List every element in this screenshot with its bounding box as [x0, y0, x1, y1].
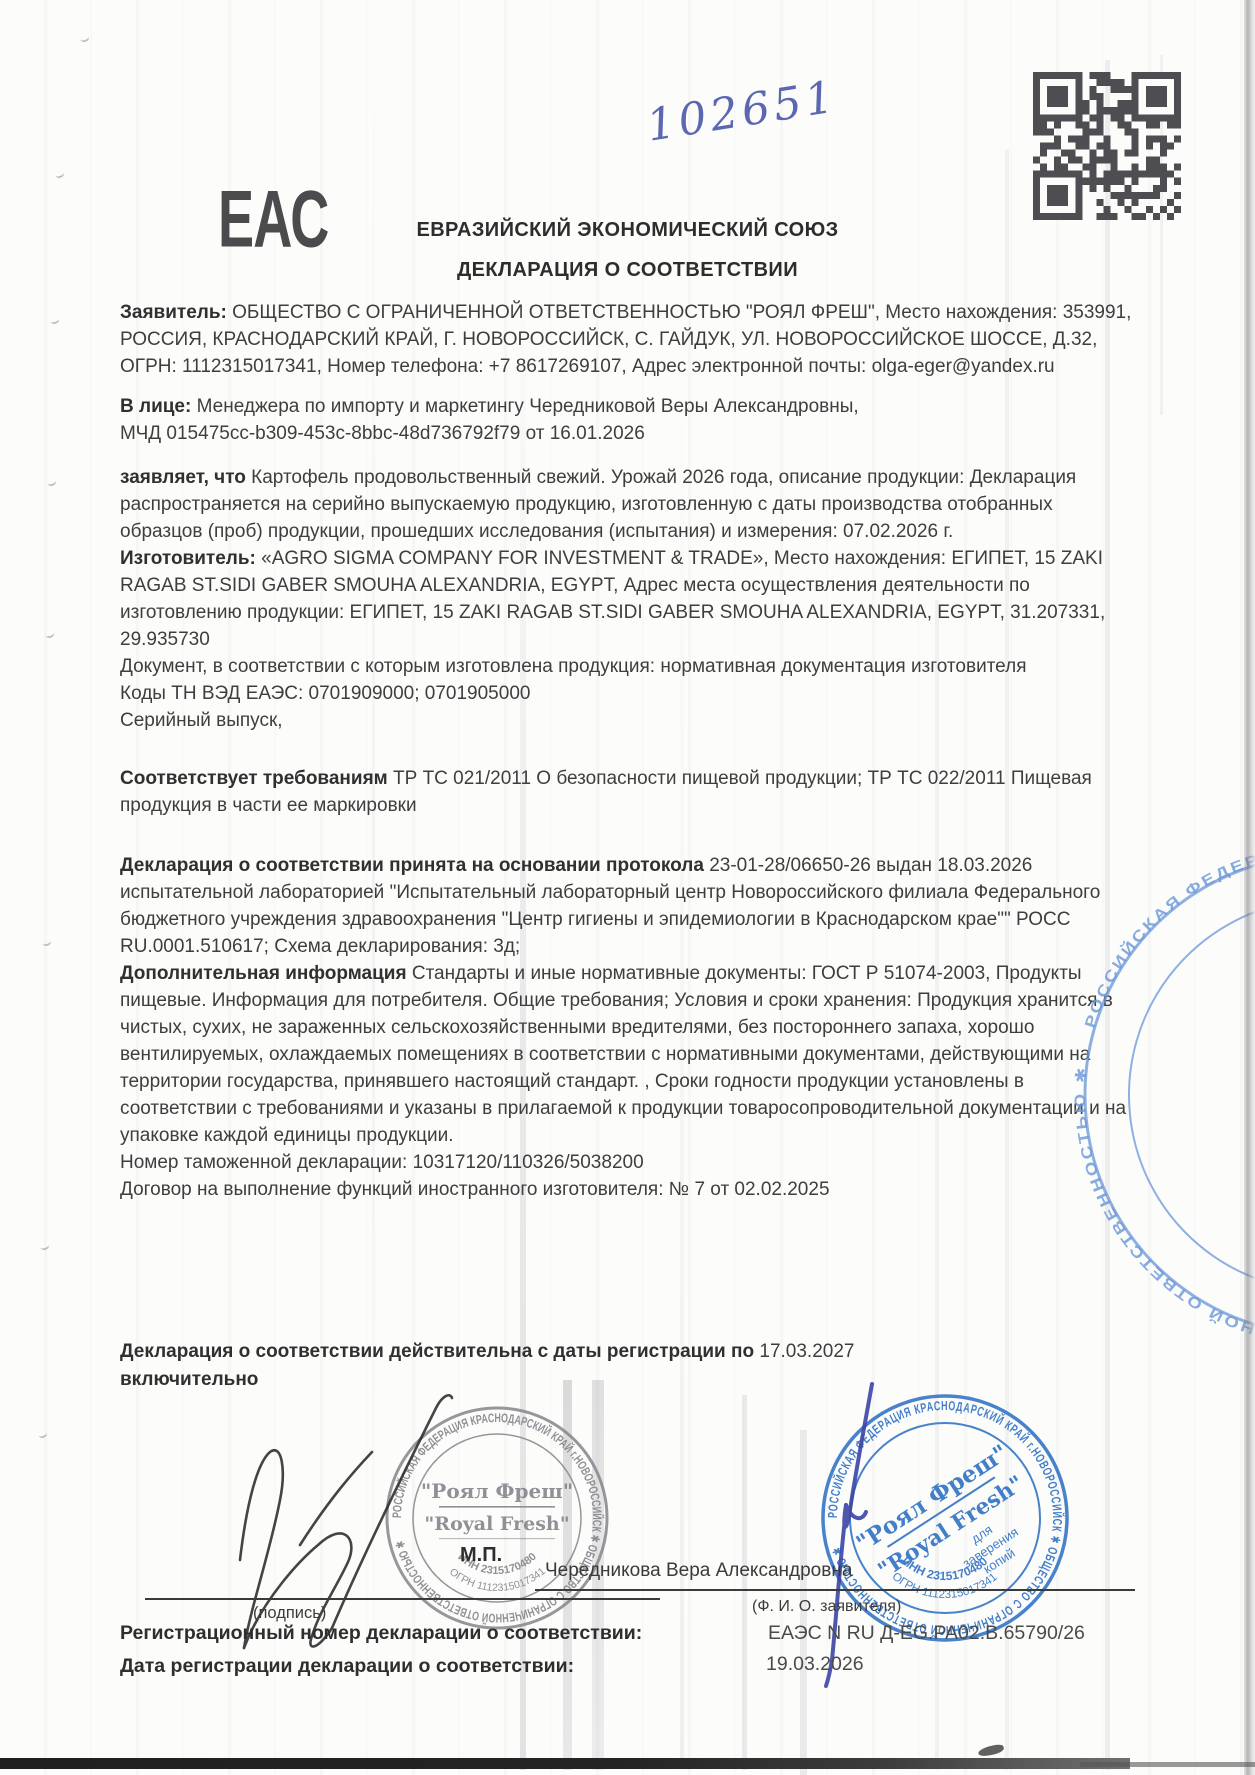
- scan-speck: [54, 169, 65, 179]
- scan-speck: [39, 1241, 50, 1251]
- scan-speck: [46, 477, 57, 487]
- stamp-partial-ring-text: РОССИЙСКАЯ ФЕДЕРАЦИЯ КРАСНОДАРСКИЙ КРАЙ …: [1035, 845, 1255, 1365]
- customs-line: Номер таможенной декларации: 10317120/11…: [120, 1149, 1138, 1176]
- basis-label: Декларация о соответствии принята на осн…: [120, 855, 704, 876]
- reg-number-label: Регистрационный номер декларации о соотв…: [120, 1622, 642, 1645]
- codes-line: Коды ТН ВЭД ЕАЭС: 0701909000; 0701905000: [120, 680, 1138, 707]
- reg-date-label: Дата регистрации декларации о соответств…: [120, 1655, 574, 1678]
- scan-speck: [79, 33, 90, 43]
- additional-text: Стандарты и иные нормативные документы: …: [120, 963, 1126, 1146]
- signer-name: Чередникова Вера Александровна: [545, 1560, 852, 1582]
- body-text: Заявитель: ОБЩЕСТВО С ОГРАНИЧЕННОЙ ОТВЕТ…: [120, 299, 1138, 1203]
- applicant-paragraph: Заявитель: ОБЩЕСТВО С ОГРАНИЧЕННОЙ ОТВЕТ…: [120, 299, 1138, 380]
- validity-label: Декларация о соответствии действительна …: [120, 1341, 754, 1362]
- validity-paragraph: Декларация о соответствии действительна …: [120, 1338, 1138, 1394]
- complies-label: Соответствует требованиям: [120, 768, 388, 789]
- manufacturer-text: «AGRO SIGMA COMPANY FOR INVESTMENT & TRA…: [120, 548, 1105, 650]
- reg-date-value: 19.03.2026: [766, 1653, 864, 1676]
- in-person-paragraph: В лице: Менеджера по импорту и маркетинг…: [120, 393, 1138, 447]
- validity-date: 17.03.2027: [754, 1341, 854, 1362]
- declares-label: заявляет, что: [120, 467, 246, 488]
- union-title: ЕВРАЗИЙСКИЙ ЭКОНОМИЧЕСКИЙ СОЮЗ: [0, 219, 1255, 242]
- pen-stroke: [810, 1370, 930, 1700]
- mp-label: М.П.: [460, 1544, 502, 1567]
- svg-text:РОССИЙСКАЯ ФЕДЕРАЦИЯ КРАСНОДАР: РОССИЙСКАЯ ФЕДЕРАЦИЯ КРАСНОДАРСКИЙ КРАЙ …: [1035, 845, 1255, 1365]
- in-person-line1: Менеджера по импорту и маркетингу Чередн…: [191, 396, 858, 417]
- handwritten-number: 102651: [643, 71, 841, 151]
- in-person-line2: МЧД 015475cc-b309-453c-8bbc-48d736792f79…: [120, 423, 645, 444]
- document-paragraph: Документ, в соответствии с которым изгот…: [120, 653, 1138, 680]
- validity-suffix: включительно: [120, 1369, 258, 1390]
- contract-line: Договор на выполнение функций иностранно…: [120, 1176, 1138, 1203]
- scan-edge-right: [1244, 0, 1255, 1775]
- additional-label: Дополнительная информация: [120, 963, 407, 984]
- stamp-partial: РОССИЙСКАЯ ФЕДЕРАЦИЯ КРАСНОДАРСКИЙ КРАЙ …: [1035, 845, 1255, 1365]
- declares-paragraph: заявляет, что Картофель продовольственны…: [120, 464, 1138, 545]
- in-person-label: В лице:: [120, 396, 191, 417]
- declares-text: Картофель продовольственный свежий. Урож…: [120, 467, 1076, 542]
- scan-smudge: [977, 1743, 1004, 1757]
- applicant-text: ОБЩЕСТВО С ОГРАНИЧЕННОЙ ОТВЕТСТВЕННОСТЬЮ…: [120, 302, 1131, 377]
- fio-line: [535, 1589, 1135, 1591]
- reg-number-value: ЕАЭС N RU Д-EG.PA02.B.65790/26: [768, 1622, 1085, 1645]
- basis-paragraph: Декларация о соответствии принята на осн…: [120, 852, 1138, 960]
- manufacturer-label: Изготовитель:: [120, 548, 256, 569]
- signature-line: [145, 1598, 660, 1600]
- serial-line: Серийный выпуск,: [120, 707, 1138, 734]
- additional-paragraph: Дополнительная информация Стандарты и ин…: [120, 960, 1138, 1149]
- complies-paragraph: Соответствует требованиям ТР ТС 021/2011…: [120, 765, 1138, 819]
- fio-caption: (Ф. И. О. заявителя): [752, 1598, 901, 1616]
- scan-speck: [49, 315, 60, 325]
- scan-streak: [742, 1395, 747, 1770]
- declaration-document: ЕАС 102651 ЕВРАЗИЙСКИЙ ЭКОНОМИЧЕСКИЙ СОЮ…: [0, 0, 1255, 1775]
- scan-speck: [37, 1429, 48, 1439]
- qr-code: [1033, 72, 1181, 220]
- scan-speck: [41, 937, 52, 947]
- signature-caption: (подпись): [253, 1604, 326, 1623]
- scan-edge-bottom-right: [1080, 1762, 1255, 1767]
- manufacturer-paragraph: Изготовитель: «AGRO SIGMA COMPANY FOR IN…: [120, 545, 1138, 653]
- applicant-label: Заявитель:: [120, 302, 227, 323]
- scan-speck: [44, 629, 55, 639]
- scan-edge-bottom: [0, 1758, 1130, 1769]
- doc-title: ДЕКЛАРАЦИЯ О СООТВЕТСТВИИ: [0, 259, 1255, 282]
